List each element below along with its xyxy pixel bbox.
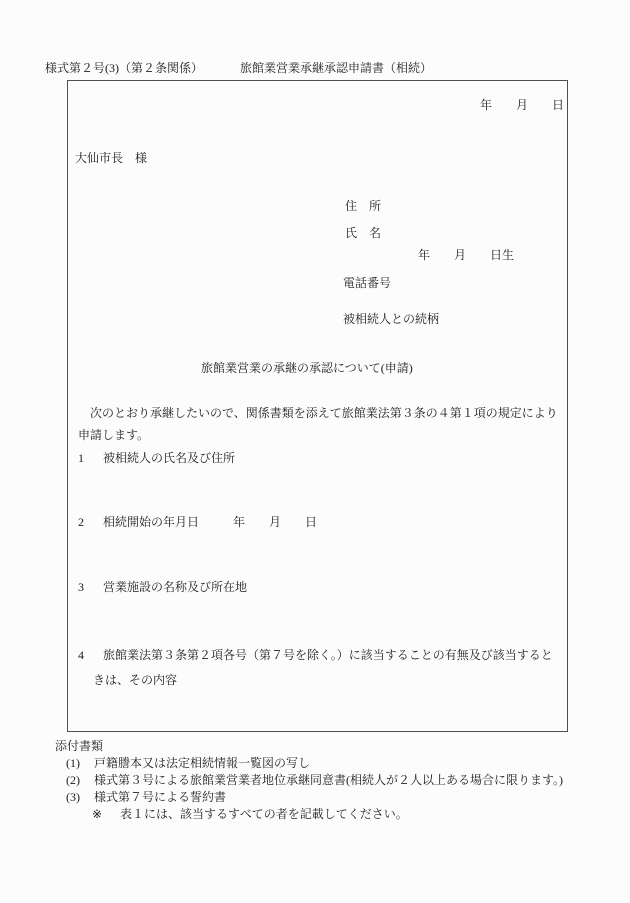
form-number: 様式第２号(3)（第２条関係） (45, 60, 203, 76)
application-date-field: 年 月 日 (480, 97, 564, 113)
item-2-date-field: 年 月 日 (233, 515, 317, 529)
attachment-note: ※表１には、該当するすべての者を記載してください。 (0, 806, 630, 823)
attachment-3-text: 様式第７号による誓約書 (94, 790, 226, 804)
item-2-label: 相続開始の年月日 (103, 515, 199, 529)
attachment-note-marker: ※ (92, 806, 120, 823)
item-2-number: 2 (78, 510, 98, 535)
attachment-item-2: (2)様式第３号による旅館業営業者地位承継同意書(相続人が２人以上ある場合に限り… (0, 772, 630, 789)
attachment-1-marker: (1) (66, 755, 94, 772)
item-4-label: 旅館業法第３条第２項各号（第７号を除く。）に該当することの有無及び該当すると き… (93, 648, 553, 687)
item-3-number: 3 (78, 575, 98, 600)
item-3-label: 営業施設の名称及び所在地 (103, 580, 247, 594)
addressee-mayor: 大仙市長 様 (75, 150, 147, 166)
item-1-label: 被相続人の氏名及び住所 (103, 451, 235, 465)
applicant-phone-label: 電話番号 (343, 275, 391, 291)
attachments-heading: 添付書類 (0, 738, 630, 755)
form-item-4: 4 旅館業法第３条第２項各号（第７号を除く。）に該当することの有無及び該当すると… (78, 643, 553, 693)
application-form-page: 様式第２号(3)（第２条関係） 旅館業営業承継承認申請書（相続） 年 月 日 大… (0, 0, 630, 903)
attachment-item-1: (1)戸籍謄本又は法定相続情報一覧図の写し (0, 755, 630, 772)
attachment-2-marker: (2) (66, 772, 94, 789)
form-subject-line: 旅館業営業の承継の承認について(申請) (201, 360, 413, 376)
attachment-note-text: 表１には、該当するすべての者を記載してください。 (120, 807, 408, 821)
item-1-text: 被相続人の氏名及び住所 (93, 446, 235, 471)
document-title: 旅館業営業承継承認申請書（相続） (240, 60, 432, 76)
item-1-number: 1 (78, 446, 98, 471)
item-3-text: 営業施設の名称及び所在地 (93, 575, 247, 600)
item-4-number: 4 (78, 643, 98, 668)
attachment-item-3: (3)様式第７号による誓約書 (0, 789, 630, 806)
form-item-2: 2 相続開始の年月日年 月 日 (78, 510, 317, 535)
attachment-2-text: 様式第３号による旅館業営業者地位承継同意書(相続人が２人以上ある場合に限ります。… (94, 773, 563, 787)
form-item-3: 3 営業施設の名称及び所在地 (78, 575, 247, 600)
applicant-birthdate-field: 年 月 日生 (418, 247, 514, 263)
applicant-relation-label: 被相続人との続柄 (343, 311, 439, 327)
attachment-1-text: 戸籍謄本又は法定相続情報一覧図の写し (94, 756, 310, 770)
form-body-paragraph: 次のとおり承継したいので、関係書類を添えて旅館業法第３条の４第１項の規定により … (78, 402, 558, 446)
form-item-1: 1 被相続人の氏名及び住所 (78, 446, 235, 471)
applicant-name-label: 氏 名 (345, 225, 381, 241)
item-4-text: 旅館業法第３条第２項各号（第７号を除く。）に該当することの有無及び該当すると き… (93, 643, 553, 693)
attachments-section: 添付書類 (1)戸籍謄本又は法定相続情報一覧図の写し (2)様式第３号による旅館… (0, 738, 630, 823)
attachment-3-marker: (3) (66, 789, 94, 806)
item-2-text: 相続開始の年月日年 月 日 (93, 510, 317, 535)
applicant-address-label: 住 所 (345, 198, 381, 214)
